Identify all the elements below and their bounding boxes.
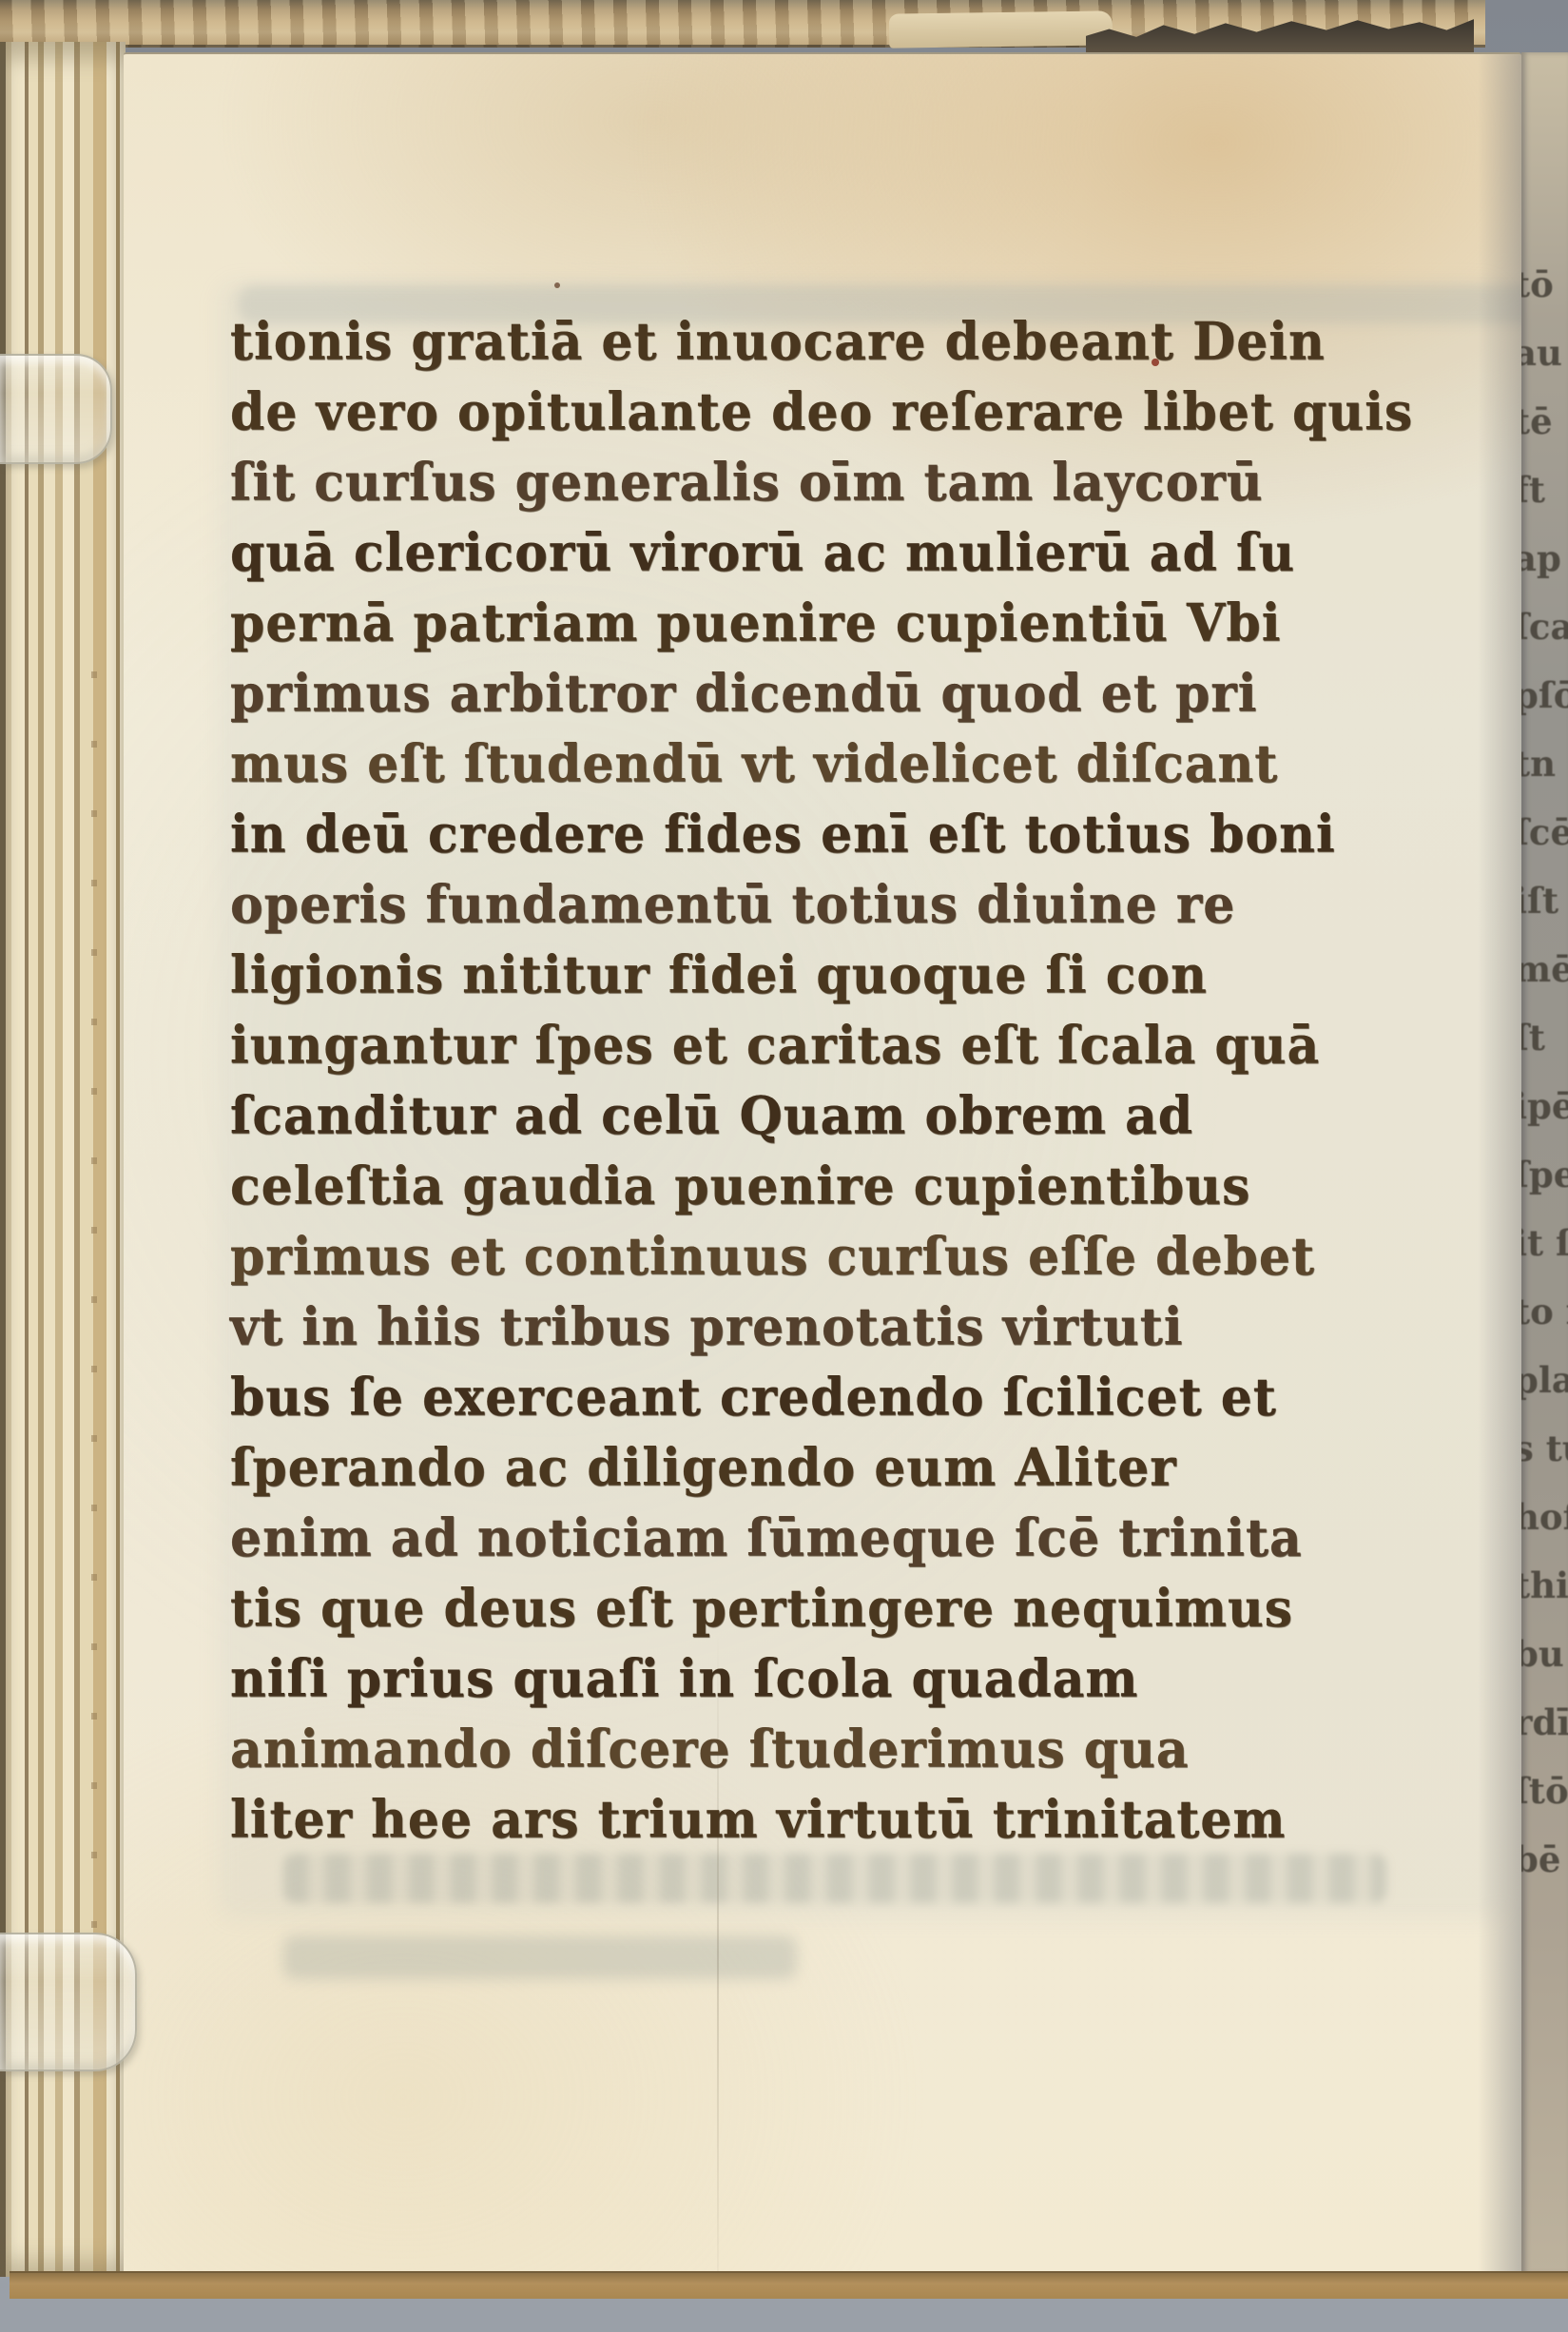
manuscript-text-line: ſit curſus generalis oīm tam laycorū bbox=[230, 447, 1504, 520]
next-page-text-fragment: tn bbox=[1521, 729, 1568, 798]
manuscript-text-line: pernā patriam puenire cupientiū Vbi bbox=[230, 588, 1504, 661]
manuscript-text-line: primus et continuus curſus eſſe debet bbox=[230, 1221, 1504, 1294]
manuscript-text-line: mus eſt ſtudendū vt videlicet diſcant bbox=[230, 729, 1504, 802]
next-page-text-fragment: ſt bbox=[1521, 1003, 1568, 1072]
next-page-text-fragment: ipē bbox=[1521, 1072, 1568, 1140]
manuscript-text-line: celeſtia gaudia puenire cupientibus bbox=[230, 1151, 1504, 1224]
manuscript-photo: tionis gratiā et inuocare debeant Deinde… bbox=[0, 0, 1568, 2332]
manuscript-text-line: liter hee ars trium virtutū trinitatem bbox=[230, 1784, 1504, 1857]
next-page-text-fragment: rdīe bbox=[1521, 1688, 1568, 1757]
clamp-tab-bottom bbox=[0, 1933, 137, 2071]
next-page-text-fragment: bē bbox=[1521, 1825, 1568, 1894]
manuscript-text-line: ligionis nititur fidei quoque ſi con bbox=[230, 940, 1504, 1013]
next-page-text-fragment: platū bbox=[1521, 1346, 1568, 1414]
manuscript-text-line: vt in hiis tribus prenotatis virtuti bbox=[230, 1292, 1504, 1365]
next-page-text-fragment: pſō bbox=[1521, 661, 1568, 729]
next-page-text-column: tōautēftapſcapſōtnſcēiſtmēſtipēſpesit ſī… bbox=[1521, 250, 1568, 1894]
manuscript-leaf: tionis gratiā et inuocare debeant Deinde… bbox=[124, 52, 1521, 2275]
manuscript-text-line: bus ſe exerceant credendo ſcilicet et bbox=[230, 1362, 1504, 1435]
manuscript-text-line: animando diſcere ſtuderimus qua bbox=[230, 1714, 1504, 1787]
next-page-text-fragment: ſtō bbox=[1521, 1757, 1568, 1825]
next-page-strip: tōautēftapſcapſōtnſcēiſtmēſtipēſpesit ſī… bbox=[1521, 52, 1568, 2275]
next-page-text-fragment: tē bbox=[1521, 387, 1568, 456]
next-page-text-fragment: au bbox=[1521, 319, 1568, 387]
next-page-text-fragment: ft bbox=[1521, 456, 1568, 524]
next-page-text-fragment: mē bbox=[1521, 935, 1568, 1003]
manuscript-text-line: operis fundamentū totius diuine re bbox=[230, 869, 1504, 943]
manuscript-text-line: primus arbitror dicendū quod et pri bbox=[230, 658, 1504, 731]
next-page-text-fragment: hoſpe bbox=[1521, 1483, 1568, 1551]
next-page-text-fragment: to fil bbox=[1521, 1277, 1568, 1346]
pricking-marks bbox=[91, 609, 97, 1931]
manuscript-text-line: tionis gratiā et inuocare debeant Dein bbox=[230, 306, 1504, 379]
next-page-text-fragment: iſt bbox=[1521, 866, 1568, 935]
next-page-text-fragment: it ſī bbox=[1521, 1209, 1568, 1277]
manuscript-text-line: niſi prius quaſi in ſcola quadam bbox=[230, 1643, 1504, 1717]
manuscript-text-line: iungantur ſpes et caritas eſt ſcala quā bbox=[230, 1010, 1504, 1083]
show-through-text-band-2 bbox=[283, 1935, 797, 1979]
manuscript-text-line: tis que deus eſt pertingere nequimus bbox=[230, 1573, 1504, 1646]
text-block: tionis gratiā et inuocare debeant Deinde… bbox=[230, 307, 1504, 1886]
next-page-text-fragment: ſpes bbox=[1521, 1140, 1568, 1209]
next-page-text-fragment: ap bbox=[1521, 524, 1568, 593]
page-edge-shadow bbox=[1478, 54, 1521, 2275]
manuscript-text-line: ſcanditur ad celū Quam obrem ad bbox=[230, 1080, 1504, 1154]
next-page-text-fragment: ſca bbox=[1521, 593, 1568, 661]
brown-ink-speck bbox=[554, 282, 560, 288]
clamp-tab-top bbox=[0, 354, 112, 464]
next-page-text-fragment: s tuis bbox=[1521, 1414, 1568, 1483]
next-page-text-fragment: this w bbox=[1521, 1551, 1568, 1620]
next-page-text-fragment: ſcē bbox=[1521, 798, 1568, 866]
next-page-text-fragment: bu vnu bbox=[1521, 1620, 1568, 1688]
manuscript-text-line: in deū credere fides enī eſt totius boni bbox=[230, 799, 1504, 872]
book-tail-edge bbox=[10, 2271, 1568, 2299]
next-page-text-fragment: tō bbox=[1521, 250, 1568, 319]
manuscript-text-line: ſperando ac diligendo eum Aliter bbox=[230, 1432, 1504, 1506]
head-edge-page-wedge bbox=[889, 10, 1113, 48]
manuscript-text-line: enim ad noticiam ſūmeque ſcē trinita bbox=[230, 1503, 1504, 1576]
manuscript-text-line: de vero opitulante deo reſerare libet qu… bbox=[230, 377, 1504, 450]
manuscript-text-line: quā clericorū virorū ac mulierū ad ſu bbox=[230, 517, 1504, 591]
